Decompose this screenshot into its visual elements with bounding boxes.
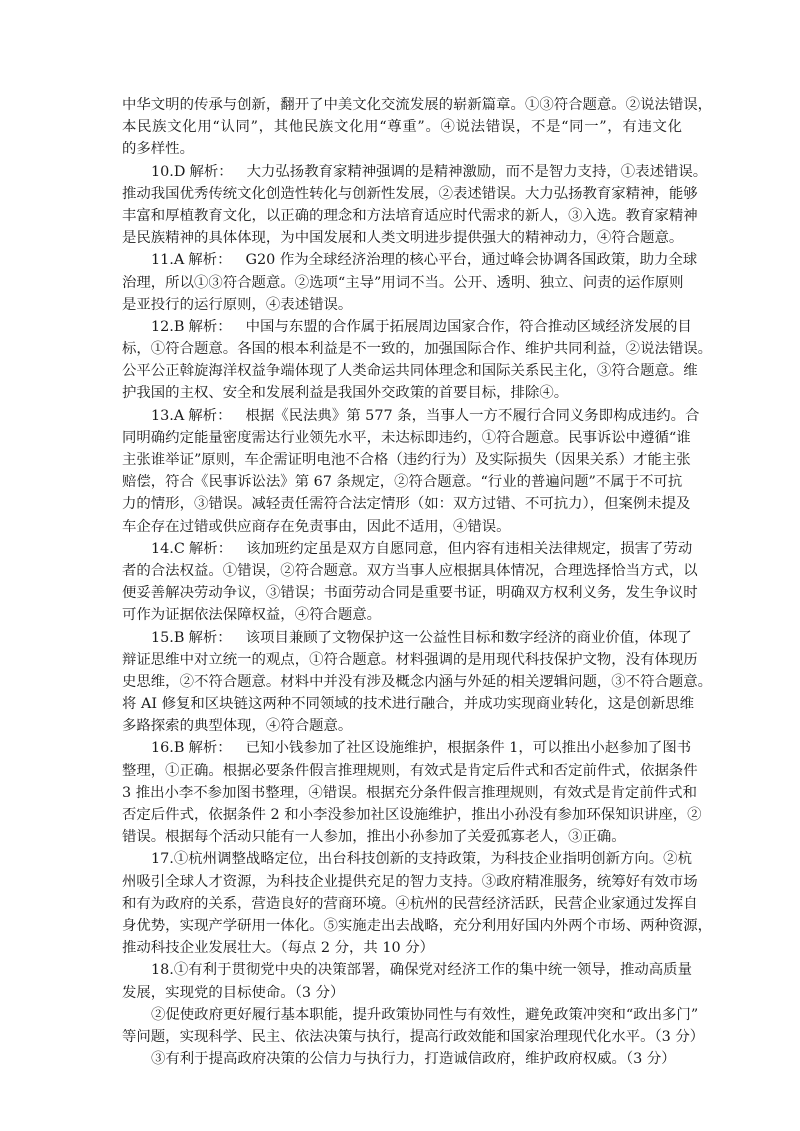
text-line: 是民族精神的具体体现，为中国发展和人类文明进步提供强大的精神动力，④符合题意。 bbox=[122, 227, 682, 249]
text-line: 11.A解析：G20 作为全球经济治理的核心平台，通过峰会协调各国政策，助力全球 bbox=[122, 249, 682, 271]
text-line: 发展，实现党的目标使命。（3 分） bbox=[122, 982, 682, 1004]
text-run: 已知小钱参加了社区设施维护，根据条件 1，可以推出小赵参加了图书 bbox=[246, 740, 691, 756]
text-line: 错误。根据每个活动只能有一人参加，推出小孙参加了关爱孤寡老人，③正确。 bbox=[122, 826, 682, 848]
question-number: 15.B bbox=[151, 630, 184, 646]
answer-q18-point-3: ③有利于提高政府决策的公信力与执行力，打造诚信政府，维护政府权威。（3 分） bbox=[122, 1048, 682, 1070]
analysis-label: 解析： bbox=[189, 541, 232, 557]
text-line: 16.B解析：已知小钱参加了社区设施维护，根据条件 1，可以推出小赵参加了图书 bbox=[122, 737, 682, 759]
text-run: 该加班约定虽是双方自愿同意，但内容有违相关法律规定，损害了劳动 bbox=[246, 541, 692, 557]
text-run: 该项目兼顾了文物保护这一公益性目标和数字经济的商业价值，体现了 bbox=[246, 630, 692, 646]
text-line: 力的情形，③错误。减轻责任需符合法定情形（如：双方过错、不可抗力），但案例未提及 bbox=[122, 493, 682, 515]
analysis-label: 解析： bbox=[188, 319, 231, 335]
text-line: 中华文明的传承与创新，翻开了中美文化交流发展的崭新篇章。①③符合题意。②说法错误… bbox=[122, 94, 682, 116]
text-line: 主张谁举证”原则，车企需证明电池不合格（违约行为）及实际损失（因果关系）才能主张 bbox=[122, 449, 682, 471]
question-number: 18. bbox=[151, 962, 174, 978]
text-line: 的多样性。 bbox=[122, 138, 682, 160]
text-line: 多路探索的典型体现，④符合题意。 bbox=[122, 715, 682, 737]
analysis-label: 解析： bbox=[188, 740, 231, 756]
question-number: 17. bbox=[151, 851, 174, 867]
answer-q11: 11.A解析：G20 作为全球经济治理的核心平台，通过峰会协调各国政策，助力全球… bbox=[122, 249, 682, 316]
text-line: 可作为证据依法保障权益，④符合题意。 bbox=[122, 604, 682, 626]
text-line: 等问题，实现科学、民主、依法决策与执行，提高行政效能和国家治理现代化水平。（3 … bbox=[122, 1026, 682, 1048]
text-line: 丰富和厚植教育文化，以正确的理念和方法培育适应时代需求的新人，③入选。教育家精神 bbox=[122, 205, 682, 227]
answer-q10: 10.D解析：大力弘扬教育家精神强调的是精神激励，而不是智力支持，①表述错误。 … bbox=[122, 161, 682, 250]
answer-q17: 17.①杭州调整战略定位，出台科技创新的支持政策，为科技企业指明创新方向。②杭 … bbox=[122, 848, 682, 959]
text-line: 15.B解析：该项目兼顾了文物保护这一公益性目标和数字经济的商业价值，体现了 bbox=[122, 627, 682, 649]
text-line: 公平公正斡旋海洋权益争端体现了人类命运共同体理念和国际关系民主化，③符合题意。维 bbox=[122, 360, 682, 382]
text-run: ①有利于贯彻党中央的决策部署，确保党对经济工作的集中统一领导，推动高质量 bbox=[174, 962, 692, 978]
answer-q13: 13.A解析：根据《民法典》第 577 条，当事人一方不履行合同义务即构成违约。… bbox=[122, 405, 682, 538]
text-run: 大力弘扬教育家精神强调的是精神激励，而不是智力支持，①表述错误。 bbox=[247, 164, 708, 180]
text-line: 18.①有利于贯彻党中央的决策部署，确保党对经济工作的集中统一领导，推动高质量 bbox=[122, 959, 682, 981]
text-line: 身优势，实现产学研用一体化。⑤实施走出去战略，充分利用好国内外两个市场、两种资源… bbox=[122, 915, 682, 937]
text-line: 本民族文化用“认同”，其他民族文化用“尊重”。④说法错误，不是“同一”，有违文化 bbox=[122, 116, 682, 138]
text-line: 否定后件式，依据条件 2 和小李没参加社区设施维护，推出小孙没有参加环保知识讲座… bbox=[122, 804, 682, 826]
text-line: 治理，所以①③符合题意。②选项“主导”用词不当。公开、透明、独立、问责的运作原则 bbox=[122, 272, 682, 294]
text-run: ①杭州调整战略定位，出台科技创新的支持政策，为科技企业指明创新方向。②杭 bbox=[174, 851, 692, 867]
text-line: 13.A解析：根据《民法典》第 577 条，当事人一方不履行合同义务即构成违约。… bbox=[122, 405, 682, 427]
text-line: 州吸引全球人才资源，为科技企业提供充足的智力支持。③政府精准服务，统筹好有效市场 bbox=[122, 871, 682, 893]
answer-q14: 14.C解析：该加班约定虽是双方自愿同意，但内容有违相关法律规定，损害了劳动 者… bbox=[122, 538, 682, 627]
text-line: 车企存在过错或供应商存在免责事由，因此不适用，④错误。 bbox=[122, 516, 682, 538]
text-line: 14.C解析：该加班约定虽是双方自愿同意，但内容有违相关法律规定，损害了劳动 bbox=[122, 538, 682, 560]
text-line: 辩证思维中对立统一的观点，①符合题意。材料强调的是用现代科技保护文物，没有体现历 bbox=[122, 649, 682, 671]
text-line: 整理，①正确。根据必要条件假言推理规则，有效式是肯定后件式和否定前件式，依据条件 bbox=[122, 760, 682, 782]
text-line: ③有利于提高政府决策的公信力与执行力，打造诚信政府，维护政府权威。（3 分） bbox=[122, 1048, 682, 1070]
question-number: 12.B bbox=[151, 319, 184, 335]
question-number: 10.D bbox=[151, 164, 185, 180]
answer-q15: 15.B解析：该项目兼顾了文物保护这一公益性目标和数字经济的商业价值，体现了 辩… bbox=[122, 627, 682, 738]
text-line: ②促使政府更好履行基本职能，提升政策协同性与有效性，避免政策冲突和“政出多门” bbox=[122, 1004, 682, 1026]
question-number: 11.A bbox=[151, 252, 184, 268]
question-number: 14.C bbox=[151, 541, 185, 557]
text-line: 将 AI 修复和区块链这两种不同领域的技术进行融合，并成功实现商业转化，这是创新… bbox=[122, 693, 682, 715]
text-line: 10.D解析：大力弘扬教育家精神强调的是精神激励，而不是智力支持，①表述错误。 bbox=[122, 161, 682, 183]
text-run: G20 作为全球经济治理的核心平台，通过峰会协调各国政策，助力全球 bbox=[245, 252, 697, 268]
text-line: 赔偿，符合《民事诉讼法》第 67 条规定，②符合题意。“行业的普遍问题”不属于不… bbox=[122, 471, 682, 493]
text-line: 17.①杭州调整战略定位，出台科技创新的支持政策，为科技企业指明创新方向。②杭 bbox=[122, 848, 682, 870]
analysis-label: 解析： bbox=[189, 164, 232, 180]
text-line: 是亚投行的运行原则，④表述错误。 bbox=[122, 294, 682, 316]
question-number: 16.B bbox=[151, 740, 184, 756]
text-line: 标，①符合题意。各国的根本利益是不一致的，加强国际合作、维护共同利益，②说法错误… bbox=[122, 338, 682, 360]
answer-key-page: 中华文明的传承与创新，翻开了中美文化交流发展的崭新篇章。①③符合题意。②说法错误… bbox=[122, 94, 682, 1070]
analysis-label: 解析： bbox=[188, 630, 231, 646]
question-number: 13.A bbox=[151, 408, 184, 424]
text-line: 史思维，②不符合题意。材料中并没有涉及概念内涵与外延的相关逻辑问题，③不符合题意… bbox=[122, 671, 682, 693]
text-line: 护我国的主权、安全和发展利益是我国外交政策的首要目标，排除④。 bbox=[122, 382, 682, 404]
answer-q18-point-2: ②促使政府更好履行基本职能，提升政策协同性与有效性，避免政策冲突和“政出多门” … bbox=[122, 1004, 682, 1048]
text-line: 便妥善解决劳动争议，③错误；书面劳动合同是重要书证，明确双方权利义务，发生争议时 bbox=[122, 582, 682, 604]
answer-q12: 12.B解析：中国与东盟的合作属于拓展周边国家合作，符合推动区域经济发展的目 标… bbox=[122, 316, 682, 405]
text-line: 12.B解析：中国与东盟的合作属于拓展周边国家合作，符合推动区域经济发展的目 bbox=[122, 316, 682, 338]
answer-q18-point-1: 18.①有利于贯彻党中央的决策部署，确保党对经济工作的集中统一领导，推动高质量 … bbox=[122, 959, 682, 1003]
text-line: 推动科技企业发展壮大。（每点 2 分，共 10 分） bbox=[122, 937, 682, 959]
text-line: 同明确约定能量密度需达行业领先水平，未达标即违约，①符合题意。民事诉讼中遵循“谁 bbox=[122, 427, 682, 449]
text-line: 推动我国优秀传统文化创造性转化与创新性发展，②表述错误。大力弘扬教育家精神，能够 bbox=[122, 183, 682, 205]
text-run: 中国与东盟的合作属于拓展周边国家合作，符合推动区域经济发展的目 bbox=[246, 319, 692, 335]
answer-q16: 16.B解析：已知小钱参加了社区设施维护，根据条件 1，可以推出小赵参加了图书 … bbox=[122, 737, 682, 848]
text-line: 者的合法权益。①错误，②符合题意。双方当事人应根据具体情况，合理选择恰当方式，以 bbox=[122, 560, 682, 582]
text-line: 3 推出小李不参加图书整理，④错误。根据充分条件假言推理规则，有效式是肯定前件式… bbox=[122, 782, 682, 804]
analysis-label: 解析： bbox=[188, 408, 231, 424]
analysis-label: 解析： bbox=[188, 252, 231, 268]
text-run: 根据《民法典》第 577 条，当事人一方不履行合同义务即构成违约。合 bbox=[245, 408, 699, 424]
text-line: 和有为政府的关系，营造良好的营商环境。④杭州的民营经济活跃，民营企业家通过发挥自 bbox=[122, 893, 682, 915]
paragraph-q9-continuation: 中华文明的传承与创新，翻开了中美文化交流发展的崭新篇章。①③符合题意。②说法错误… bbox=[122, 94, 682, 161]
